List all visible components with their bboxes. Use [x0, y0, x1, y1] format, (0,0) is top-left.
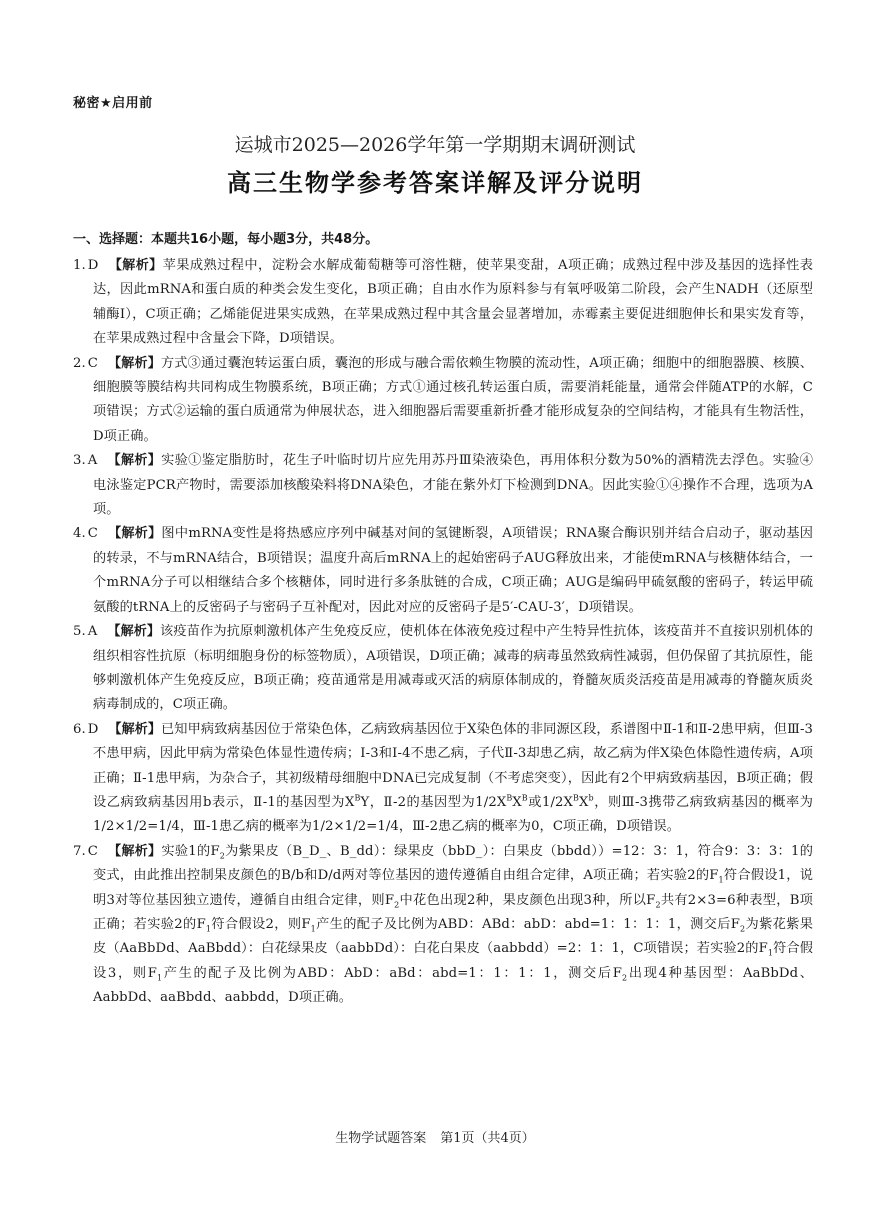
exam-title: 运城市2025—2026学年第一学期期末调研测试 [0, 130, 870, 157]
answer-item-3: 3.A【解析】实验①鉴定脂肪时，花生子叶临时切片应先用苏丹Ⅲ染液染色，再用体积分… [73, 449, 813, 522]
item-explanation-part: 实验1的F [161, 844, 219, 859]
answer-item-5: 5.A【解析】该疫苗作为抗原刺激机体产生免疫反应，使机体在体液免疫过程中产生特异… [73, 620, 813, 718]
item-number: 6. [73, 722, 86, 737]
analysis-tag: 【解析】 [107, 453, 161, 468]
document-title: 高三生物学参考答案详解及评分说明 [0, 163, 870, 198]
item-explanation: 该疫苗作为抗原刺激机体产生免疫反应，使机体在体液免疫过程中产生特异性抗体，该疫苗… [93, 624, 813, 712]
analysis-tag: 【解析】 [108, 258, 162, 273]
item-explanation-part: 或1/2X [528, 795, 573, 810]
item-explanation: 图中mRNA变性是将热感应序列中碱基对间的氢键断裂，A项错误；RNA聚合酶识别并… [93, 526, 813, 614]
item-answer: C [88, 526, 98, 541]
item-explanation-part: Y，Ⅱ-2的基因型为1/2X [361, 795, 507, 810]
item-answer: A [88, 624, 98, 639]
item-answer: C [88, 844, 98, 859]
item-explanation: 苹果成熟过程中，淀粉会水解成葡萄糖等可溶性糖，使苹果变甜，A项正确；成熟过程中涉… [93, 258, 813, 346]
item-number: 1. [73, 258, 86, 273]
answer-item-4: 4.C【解析】图中mRNA变性是将热感应序列中碱基对间的氢键断裂，A项错误；RN… [73, 522, 813, 620]
item-explanation-part: 符合假设2，则F [211, 917, 311, 932]
answer-item-7: 7.C【解析】实验1的F2为紫果皮（B_D_、B_dd）：绿果皮（bbD_）：白… [73, 840, 813, 1011]
confidential-label: 秘密★启用前 [73, 92, 153, 111]
answer-item-6: 6.D【解析】已知甲病致病基因位于常染色体，乙病致病基因位于X染色体的非同源区段… [73, 718, 813, 840]
page-footer: 生物学试题答案第1页（共4页） [0, 1127, 870, 1146]
analysis-tag: 【解析】 [108, 526, 161, 541]
item-number: 5. [73, 624, 86, 639]
item-explanation: 方式③通过囊泡转运蛋白质，囊泡的形成与融合需依赖生物膜的流动性，A项正确；细胞中… [93, 356, 813, 444]
item-explanation-part: X [512, 795, 522, 810]
item-explanation-part: 中花色出现2种，果皮颜色出现3种，所以F [399, 893, 655, 908]
item-explanation: 实验①鉴定脂肪时，花生子叶临时切片应先用苏丹Ⅲ染液染色，再用体积分数为50%的酒… [93, 453, 813, 517]
item-number: 4. [73, 526, 86, 541]
item-number: 2. [73, 356, 86, 371]
answer-item-2: 2.C【解析】方式③通过囊泡转运蛋白质，囊泡的形成与融合需依赖生物膜的流动性，A… [73, 352, 813, 450]
analysis-tag: 【解析】 [108, 356, 161, 371]
page-number: 第1页（共4页） [440, 1131, 535, 1146]
item-answer: D [88, 722, 99, 737]
section-heading: 一、选择题：本题共16小题，每小题3分，共48分。 [73, 228, 378, 247]
analysis-tag: 【解析】 [108, 722, 161, 737]
item-explanation-part: X [579, 795, 589, 810]
item-explanation-part: 产生的配子及比例为ABD：ABd：abD：abd=1：1：1：1，测交后F [316, 917, 740, 932]
answer-item-1: 1.D【解析】苹果成熟过程中，淀粉会水解成葡萄糖等可溶性糖，使苹果变甜，A项正确… [73, 254, 813, 352]
footer-subject: 生物学试题答案 [335, 1131, 426, 1146]
item-number: 7. [73, 844, 86, 859]
item-answer: A [88, 453, 98, 468]
item-number: 3. [73, 453, 86, 468]
analysis-tag: 【解析】 [107, 624, 160, 639]
item-answer: C [88, 356, 98, 371]
answer-list: 1.D【解析】苹果成熟过程中，淀粉会水解成葡萄糖等可溶性糖，使苹果变甜，A项正确… [73, 254, 813, 1011]
item-answer: D [88, 258, 99, 273]
analysis-tag: 【解析】 [108, 844, 161, 859]
item-explanation-part: 产生的配子及比例为ABD：AbD：aBd：abd=1：1：1：1，测交后F [162, 966, 622, 981]
